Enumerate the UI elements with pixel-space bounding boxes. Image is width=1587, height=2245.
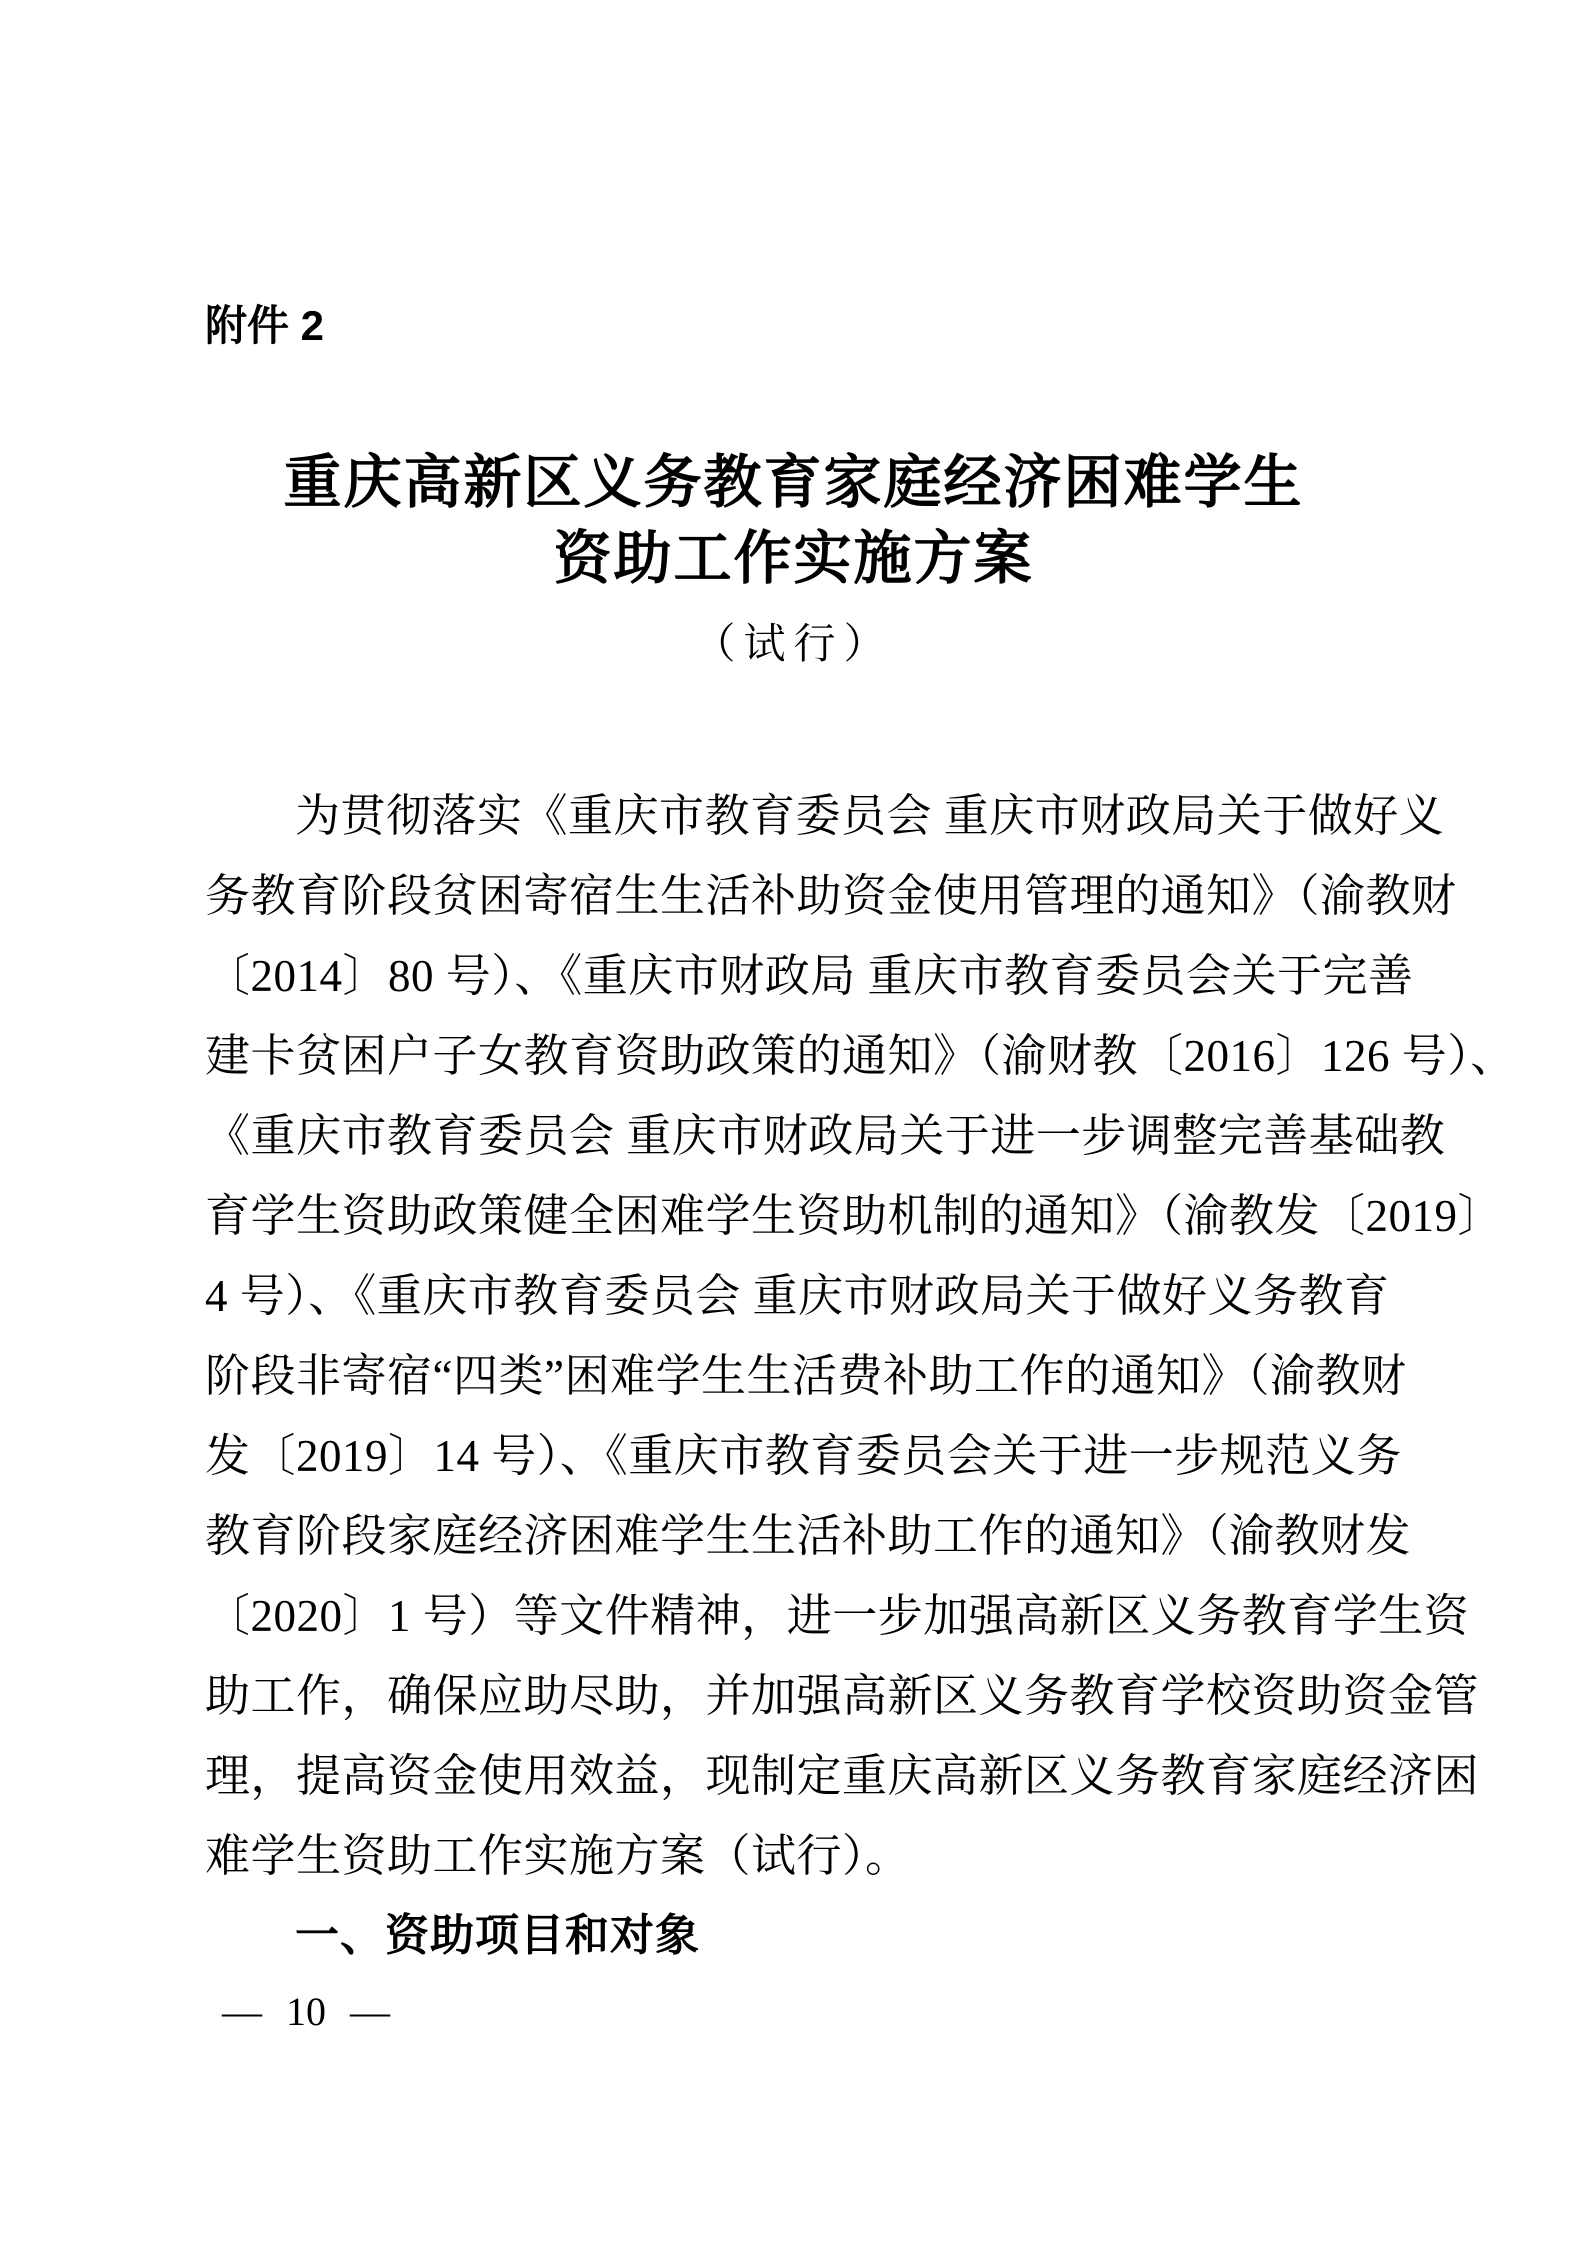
document-title-line-2: 资助工作实施方案 [0, 523, 1587, 595]
body-line: 发〔2019〕14 号）、《重庆市教育委员会关于进一步规范义务 [205, 1416, 1385, 1496]
attachment-label: 附件 2 [205, 300, 324, 352]
body-line: 建卡贫困户子女教育资助政策的通知》（渝财教〔2016〕126 号）、 [205, 1016, 1385, 1096]
body-line: 《重庆市教育委员会 重庆市财政局关于进一步调整完善基础教 [205, 1096, 1385, 1176]
body-line: 〔2014〕80 号）、《重庆市财政局 重庆市教育委员会关于完善 [205, 936, 1385, 1016]
body-line: 难学生资助工作实施方案（试行）。 [205, 1816, 1385, 1896]
body-line: 育学生资助政策健全困难学生资助机制的通知》（渝教发〔2019〕 [205, 1176, 1385, 1256]
document-subtitle-trial: （试行） [0, 618, 1587, 672]
body-line: 为贯彻落实《重庆市教育委员会 重庆市财政局关于做好义 [205, 776, 1385, 856]
section-heading-1: 一、资助项目和对象 [295, 1896, 700, 1976]
document-page: 附件 2 重庆高新区义务教育家庭经济困难学生 资助工作实施方案 （试行） 为贯彻… [0, 0, 1587, 2245]
body-line: 〔2020〕1 号）等文件精神，进一步加强高新区义务教育学生资 [205, 1576, 1385, 1656]
body-paragraph: 为贯彻落实《重庆市教育委员会 重庆市财政局关于做好义 务教育阶段贫困寄宿生生活补… [205, 776, 1385, 1896]
document-title-line-1: 重庆高新区义务教育家庭经济困难学生 [0, 447, 1587, 519]
body-line: 4 号）、《重庆市教育委员会 重庆市财政局关于做好义务教育 [205, 1256, 1385, 1336]
page-number-footer: — 10 — [222, 1988, 390, 2036]
body-line: 助工作，确保应助尽助，并加强高新区义务教育学校资助资金管 [205, 1656, 1385, 1736]
body-line: 阶段非寄宿“四类”困难学生生活费补助工作的通知》（渝教财 [205, 1336, 1385, 1416]
body-line: 理，提高资金使用效益，现制定重庆高新区义务教育家庭经济困 [205, 1736, 1385, 1816]
body-line: 务教育阶段贫困寄宿生生活补助资金使用管理的通知》（渝教财 [205, 856, 1385, 936]
body-line: 教育阶段家庭经济困难学生生活补助工作的通知》（渝教财发 [205, 1496, 1385, 1576]
